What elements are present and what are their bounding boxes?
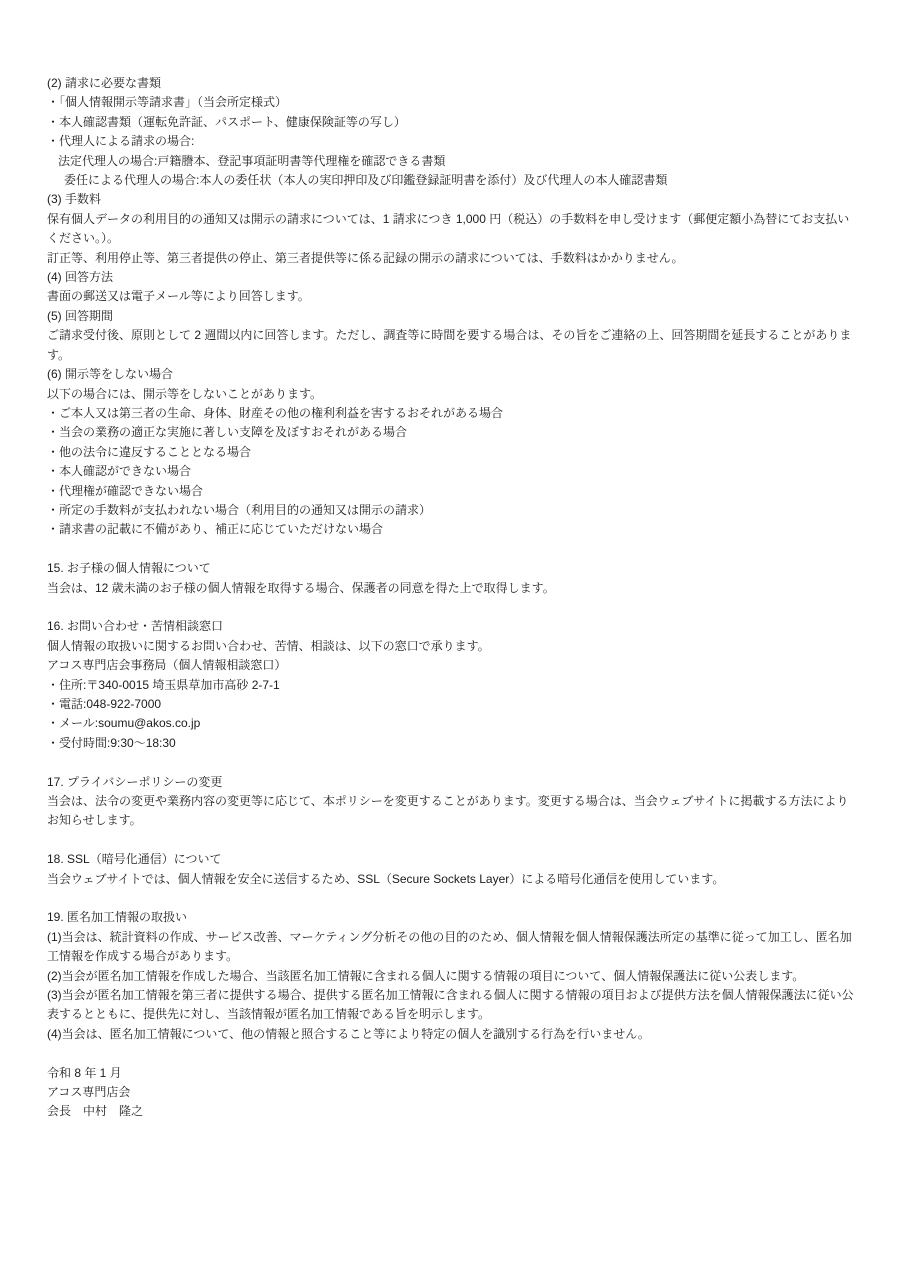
blank-line [47,831,860,850]
sub-item: 委任による代理人の場合:本人の委任状（本人の実印押印及び印鑑登録証明書を添付）及… [47,171,860,190]
blank-line [47,753,860,772]
document-body: (2) 請求に必要な書類・「個人情報開示等請求書」（当会所定様式）・本人確認書類… [47,74,860,1122]
blank-line [47,540,860,559]
section-heading-3-fees: (3) 手数料 [47,190,860,209]
section-heading-17-policy-change: 17. プライバシーポリシーの変更 [47,773,860,792]
paragraph: 個人情報の取扱いに関するお問い合わせ、苦情、相談は、以下の窓口で承ります。 [47,637,860,656]
contact-phone: ・電話:048-922-7000 [47,695,860,714]
numbered-item: (2)当会が匿名加工情報を作成した場合、当該匿名加工情報に含まれる個人に関する情… [47,967,860,986]
section-heading-4-reply-method: (4) 回答方法 [47,268,860,287]
numbered-item: (4)当会は、匿名加工情報について、他の情報と照合すること等により特定の個人を識… [47,1025,860,1044]
paragraph: 以下の場合には、開示等をしないことがあります。 [47,385,860,404]
bullet-item: ・本人確認書類（運転免許証、パスポート、健康保険証等の写し） [47,113,860,132]
blank-line [47,598,860,617]
bullet-item: ・当会の業務の適正な実施に著しい支障を及ぼすおそれがある場合 [47,423,860,442]
sub-item: 法定代理人の場合:戸籍謄本、登記事項証明書等代理権を確認できる書類 [47,152,860,171]
paragraph: 保有個人データの利用目的の通知又は開示の請求については、1 請求につき 1,00… [47,210,860,249]
contact-address: ・住所:〒340-0015 埼玉県草加市高砂 2-7-1 [47,676,860,695]
date-line: 令和 8 年 1 月 [47,1064,860,1083]
contact-office: アコス専門店会事務局（個人情報相談窓口） [47,656,860,675]
bullet-item: ・他の法令に違反することとなる場合 [47,443,860,462]
section-heading-16-contact: 16. お問い合わせ・苦情相談窓口 [47,617,860,636]
bullet-item: ・所定の手数料が支払われない場合（利用目的の通知又は開示の請求） [47,501,860,520]
paragraph: 訂正等、利用停止等、第三者提供の停止、第三者提供等に係る記録の開示の請求について… [47,249,860,268]
bullet-item: ・代理権が確認できない場合 [47,482,860,501]
paragraph: 当会は、12 歳未満のお子様の個人情報を取得する場合、保護者の同意を得た上で取得… [47,579,860,598]
paragraph: 書面の郵送又は電子メール等により回答します。 [47,287,860,306]
bullet-item: ・本人確認ができない場合 [47,462,860,481]
bullet-item: ・代理人による請求の場合: [47,132,860,151]
section-heading-5-reply-period: (5) 回答期間 [47,307,860,326]
bullet-item: ・「個人情報開示等請求書」（当会所定様式） [47,93,860,112]
numbered-item: (3)当会が匿名加工情報を第三者に提供する場合、提供する匿名加工情報に含まれる個… [47,986,860,1025]
blank-line [47,889,860,908]
section-heading-2-documents: (2) 請求に必要な書類 [47,74,860,93]
signature-line: 会長 中村 隆之 [47,1102,860,1121]
bullet-item: ・請求書の記載に不備があり、補正に応じていただけない場合 [47,520,860,539]
paragraph: ご請求受付後、原則として 2 週間以内に回答します。ただし、調査等に時間を要する… [47,326,860,365]
blank-line [47,1044,860,1063]
section-heading-18-ssl: 18. SSL（暗号化通信）について [47,850,860,869]
paragraph: 当会は、法令の変更や業務内容の変更等に応じて、本ポリシーを変更することがあります… [47,792,860,831]
paragraph: 当会ウェブサイトでは、個人情報を安全に送信するため、SSL（Secure Soc… [47,870,860,889]
numbered-item: (1)当会は、統計資料の作成、サービス改善、マーケティング分析その他の目的のため… [47,928,860,967]
contact-email: ・メール:soumu@akos.co.jp [47,714,860,733]
section-heading-6-nondisclosure: (6) 開示等をしない場合 [47,365,860,384]
bullet-item: ・ご本人又は第三者の生命、身体、財産その他の権利利益を害するおそれがある場合 [47,404,860,423]
section-heading-15-children: 15. お子様の個人情報について [47,559,860,578]
section-heading-19-anonymized: 19. 匿名加工情報の取扱い [47,908,860,927]
contact-hours: ・受付時間:9:30～18:30 [47,734,860,753]
org-name-line: アコス専門店会 [47,1083,860,1102]
